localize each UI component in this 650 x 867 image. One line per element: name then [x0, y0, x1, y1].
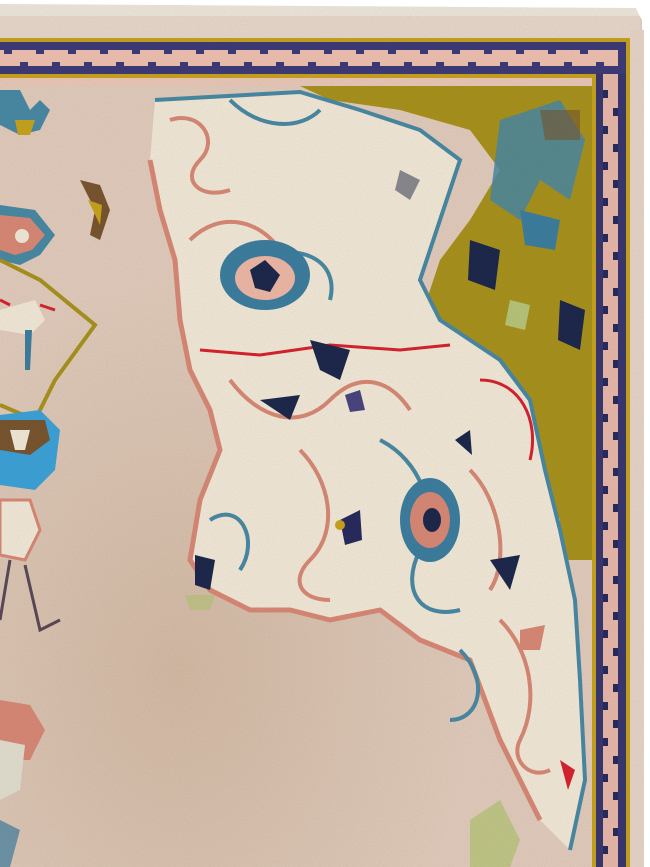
- rug-illustration: [0, 0, 650, 867]
- rug-photo: [0, 0, 650, 867]
